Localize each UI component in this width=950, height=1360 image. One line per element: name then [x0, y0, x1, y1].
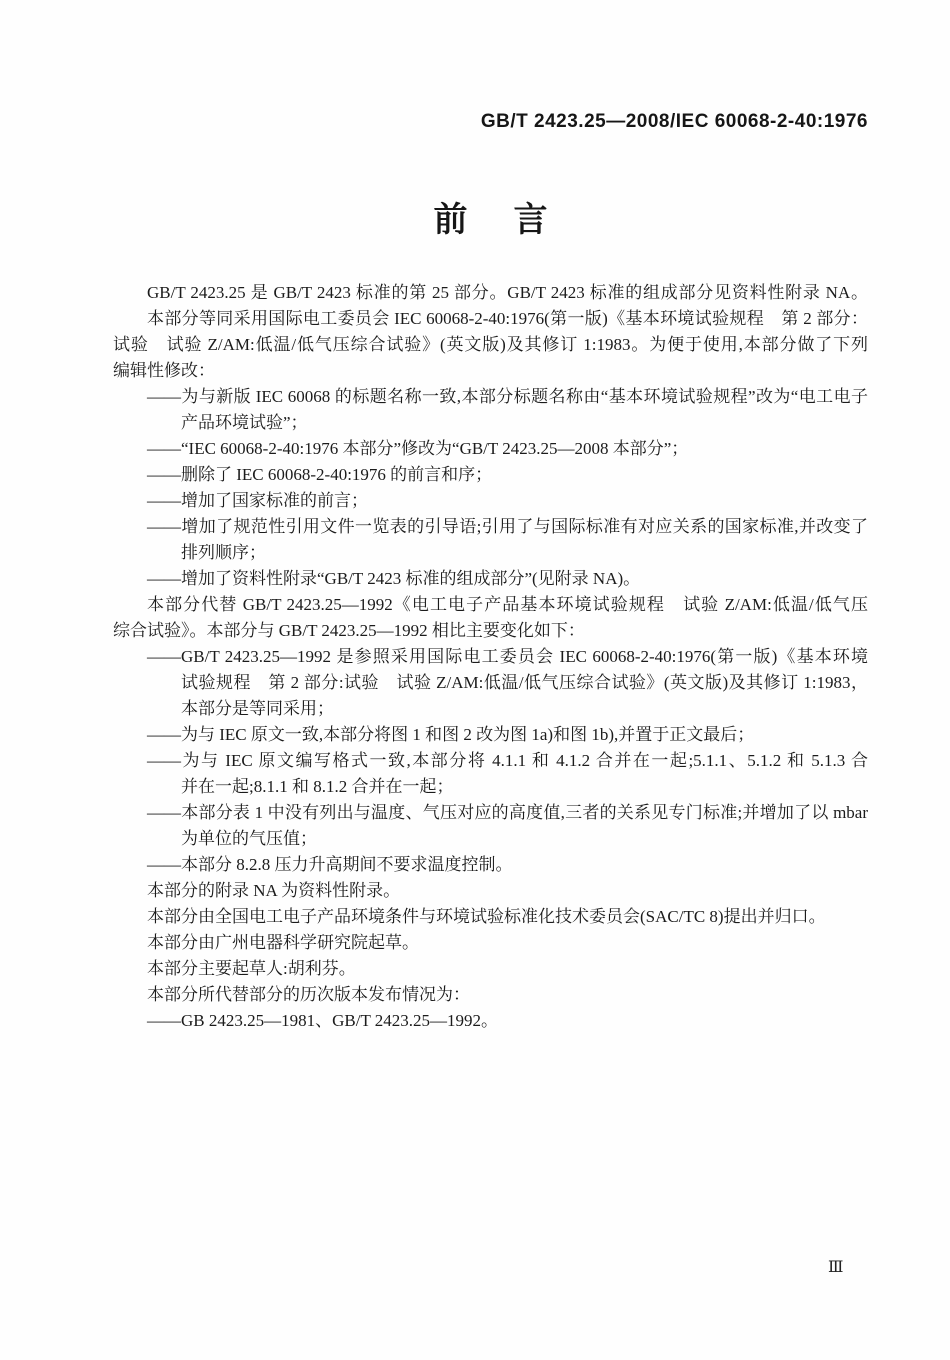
text-line: 为单位的气压值；: [113, 826, 868, 852]
text-line: 本部分的附录 NA 为资料性附录。: [113, 878, 868, 904]
text-line: ——删除了 IEC 60068-2-40:1976 的前言和序；: [113, 462, 868, 488]
text-line: 试验规程 第 2 部分:试验 试验 Z/AM:低温/低气压综合试验》(英文版)及…: [113, 670, 868, 696]
standard-number-header: GB/T 2423.25—2008/IEC 60068-2-40:1976: [113, 111, 868, 133]
text-line: ——为与 IEC 原文一致,本部分将图 1 和图 2 改为图 1a)和图 1b)…: [113, 722, 868, 748]
text-line: ——“IEC 60068-2-40:1976 本部分”修改为“GB/T 2423…: [113, 436, 868, 462]
title-char-qian: 前: [434, 192, 468, 241]
text-line: ——增加了国家标准的前言；: [113, 488, 868, 514]
text-line: ——为与新版 IEC 60068 的标题名称一致,本部分标题名称由“基本环境试验…: [113, 384, 868, 410]
text-line: 本部分是等同采用；: [113, 696, 868, 722]
text-line: ——本部分 8.2.8 压力升高期间不要求温度控制。: [113, 852, 868, 878]
text-line: 产品环境试验”；: [113, 410, 868, 436]
text-line: 本部分所代替部分的历次版本发布情况为：: [113, 982, 868, 1008]
text-line: 本部分等同采用国际电工委员会 IEC 60068-2-40:1976(第一版)《…: [113, 306, 868, 332]
text-line: ——GB/T 2423.25—1992 是参照采用国际电工委员会 IEC 600…: [113, 644, 868, 670]
text-line: 本部分主要起草人:胡利芬。: [113, 956, 868, 982]
text-line: ——增加了资料性附录“GB/T 2423 标准的组成部分”(见附录 NA)。: [113, 566, 868, 592]
text-line: ——本部分表 1 中没有列出与温度、气压对应的高度值,三者的关系见专门标准;并增…: [113, 800, 868, 826]
text-line: 试验 试验 Z/AM:低温/低气压综合试验》(英文版)及其修订 1:1983。为…: [113, 332, 868, 358]
text-line: 本部分代替 GB/T 2423.25—1992《电工电子产品基本环境试验规程 试…: [113, 592, 868, 618]
text-line: 编辑性修改：: [113, 358, 868, 384]
text-line: 并在一起;8.1.1 和 8.1.2 合并在一起；: [113, 774, 868, 800]
text-line: GB/T 2423.25 是 GB/T 2423 标准的第 25 部分。GB/T…: [113, 280, 868, 306]
text-line: ——为与 IEC 原文编写格式一致,本部分将 4.1.1 和 4.1.2 合并在…: [113, 748, 868, 774]
text-line: 本部分由全国电工电子产品环境条件与环境试验标准化技术委员会(SAC/TC 8)提…: [113, 904, 868, 930]
text-line: ——增加了规范性引用文件一览表的引导语;引用了与国际标准有对应关系的国家标准,并…: [113, 514, 868, 540]
text-line: 排列顺序；: [113, 540, 868, 566]
text-line: ——GB 2423.25—1981、GB/T 2423.25—1992。: [113, 1008, 868, 1034]
title-char-yan: 言: [514, 192, 548, 241]
document-page: GB/T 2423.25—2008/IEC 60068-2-40:1976 前 …: [0, 0, 950, 1360]
foreword-body: GB/T 2423.25 是 GB/T 2423 标准的第 25 部分。GB/T…: [113, 280, 868, 1034]
text-line: 本部分由广州电器科学研究院起草。: [113, 930, 868, 956]
page-number: Ⅲ: [828, 1257, 843, 1277]
page-title: 前 言: [113, 192, 868, 241]
text-line: 综合试验》。本部分与 GB/T 2423.25—1992 相比主要变化如下：: [113, 618, 868, 644]
